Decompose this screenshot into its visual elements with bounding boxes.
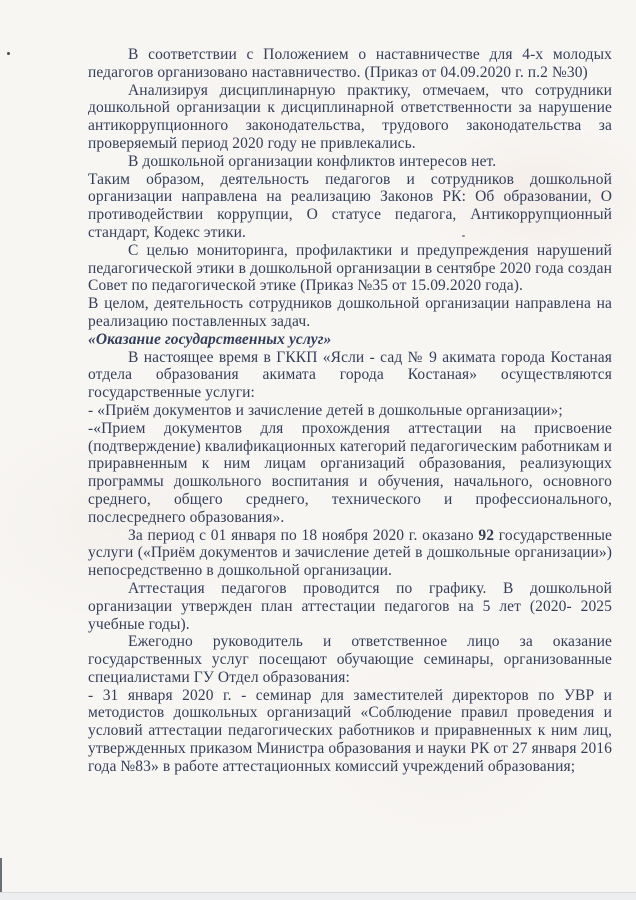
paragraph-attestation-schedule: Аттестация педагогов проводится по графи…	[88, 580, 612, 633]
services-count-prefix: За период с 01 января по 18 ноября 2020 …	[128, 527, 478, 544]
document-text-block: В соответствии с Положением о наставниче…	[88, 46, 612, 776]
paragraph-mentorship: В соответствии с Положением о наставниче…	[88, 46, 612, 82]
paragraph-services-provided: В настоящее время в ГККП «Ясли - сад № 9…	[88, 349, 612, 402]
scan-artifact-dot	[7, 52, 10, 55]
paragraph-disciplinary-practice: Анализируя дисциплинарную практику, отме…	[88, 82, 612, 153]
section-heading-public-services: «Оказание государственных услуг»	[88, 331, 612, 349]
paragraph-conflict-of-interest: В дошкольной организации конфликтов инте…	[88, 153, 612, 171]
paragraph-training-seminars: Ежегодно руководитель и ответственное ли…	[88, 633, 612, 686]
paragraph-ethics-council: С целью мониторинга, профилактики и пред…	[88, 242, 612, 295]
list-item-service-admission: - «Приём документов и зачисление детей в…	[88, 402, 612, 420]
paragraph-summary-tasks: В целом, деятельность сотрудников дошкол…	[88, 295, 612, 331]
list-item-seminar-january: - 31 января 2020 г. - семинар для замест…	[88, 687, 612, 776]
scanned-document-page: В соответствии с Положением о наставниче…	[0, 0, 636, 900]
services-count-value: 92	[478, 527, 494, 544]
page-bottom-edge	[0, 892, 636, 900]
scan-edge-artifact	[0, 858, 2, 892]
paragraph-services-count: За период с 01 января по 18 ноября 2020 …	[88, 527, 612, 580]
list-item-service-attestation: -«Прием документов для прохождения аттес…	[88, 420, 612, 527]
paragraph-laws-implementation: Таким образом, деятельность педагогов и …	[88, 171, 612, 242]
